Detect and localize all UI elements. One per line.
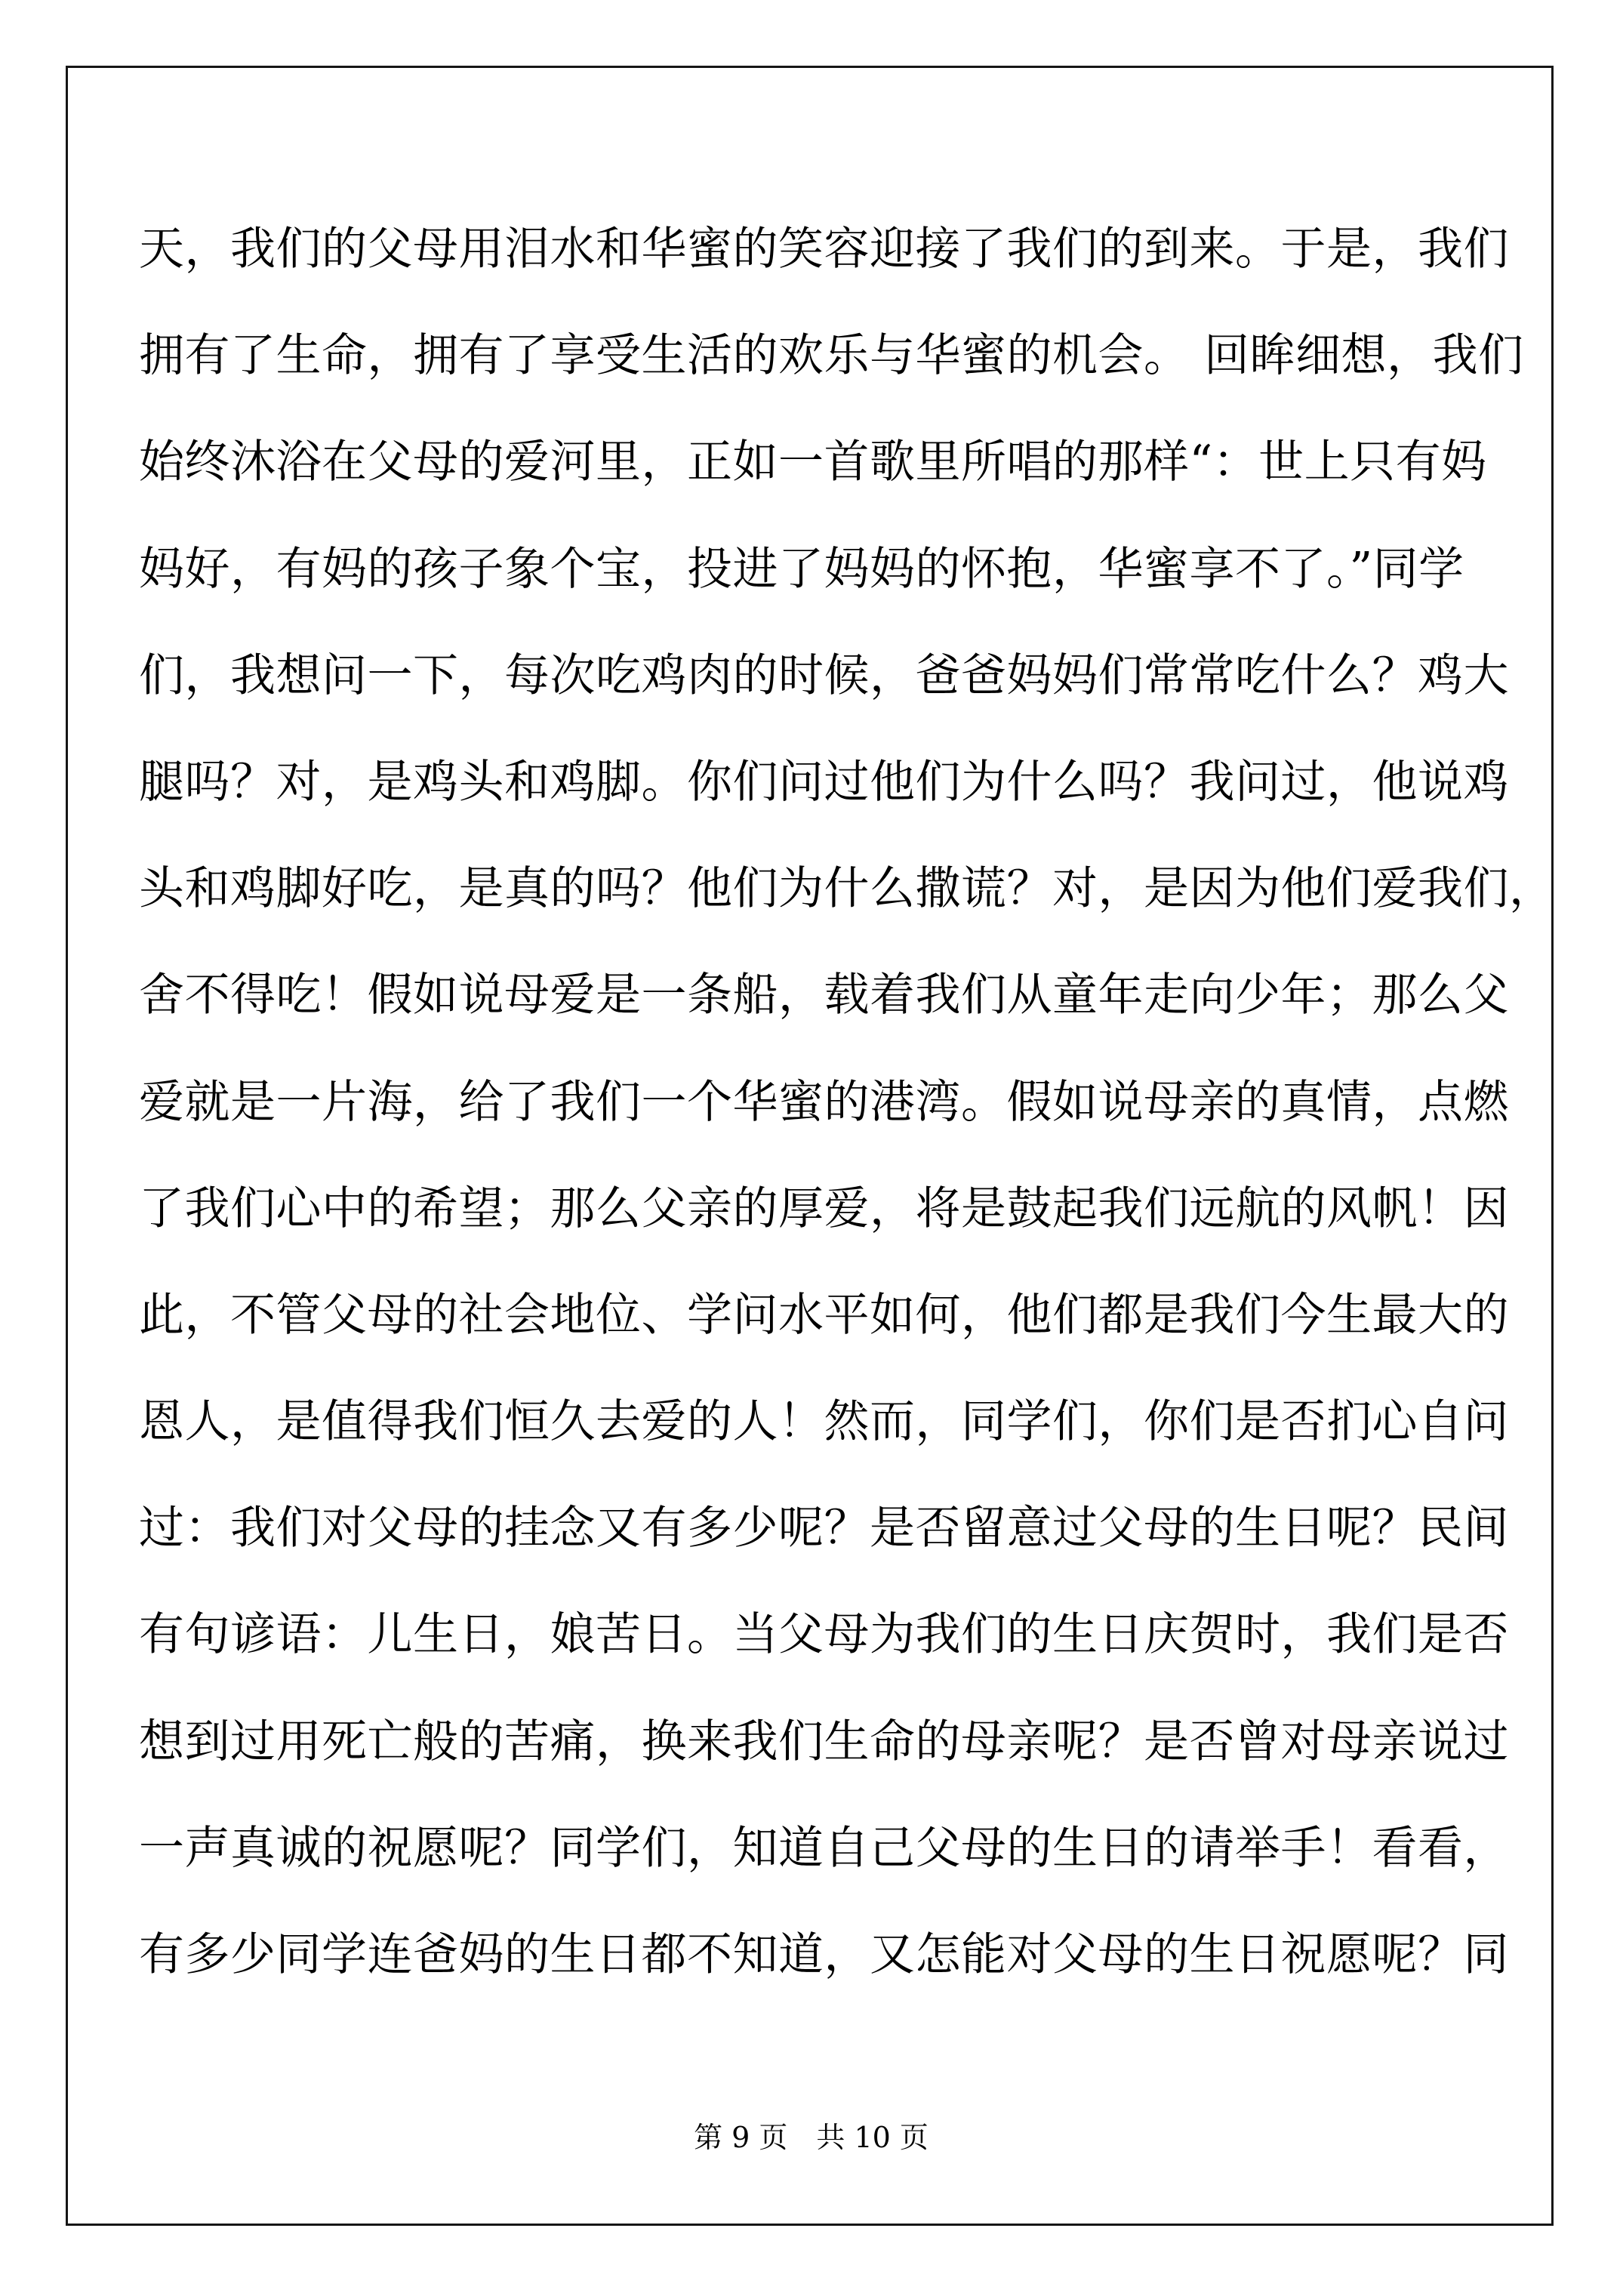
document-line: 舍不得吃！假如说母爱是一条船，载着我们从童年走向少年；那么父 <box>139 942 1558 1049</box>
document-line: 头和鸡脚好吃，是真的吗？他们为什么撒谎？对，是因为他们爱我们， <box>139 836 1558 942</box>
document-line: 始终沐浴在父母的爱河里，正如一首歌里所唱的那样“：世上只有妈 <box>139 409 1558 516</box>
document-line: 妈好，有妈的孩子象个宝，投进了妈妈的怀抱，华蜜享不了。”同学 <box>139 516 1558 623</box>
document-line: 爱就是一片海，给了我们一个华蜜的港湾。假如说母亲的真情，点燃 <box>139 1049 1558 1156</box>
document-line: 了我们心中的希望；那么父亲的厚爱，将是鼓起我们远航的风帆！因 <box>139 1156 1558 1262</box>
document-line: 一声真诚的祝愿呢？同学们，知道自己父母的生日的请举手！看看， <box>139 1795 1558 1902</box>
document-line: 天，我们的父母用泪水和华蜜的笑容迎接了我们的到来。于是，我们 <box>139 196 1558 303</box>
document-line: 腿吗？对，是鸡头和鸡脚。你们问过他们为什么吗？我问过，他说鸡 <box>139 729 1558 836</box>
document-line: 拥有了生命，拥有了享受生活的欢乐与华蜜的机会。 回眸细想，我们 <box>139 303 1558 409</box>
document-line: 过：我们对父母的挂念又有多少呢？是否留意过父母的生日呢？民间 <box>139 1475 1558 1582</box>
document-line: 恩人，是值得我们恒久去爱的人！然而，同学们，你们是否扪心自问 <box>139 1369 1558 1475</box>
document-line: 有句谚语：儿生日，娘苦日。当父母为我们的生日庆贺时，我们是否 <box>139 1582 1558 1688</box>
document-line: 想到过用死亡般的苦痛，换来我们生命的母亲呢？是否曾对母亲说过 <box>139 1689 1558 1795</box>
document-line: 们，我想问一下，每次吃鸡肉的时候，爸爸妈妈们常常吃什么？鸡大 <box>139 623 1558 729</box>
page-footer: 第 9 页共 10 页 <box>66 2119 1557 2156</box>
footer-page-indicator: 第 9 页 <box>694 2121 787 2154</box>
document-line: 有多少同学连爸妈的生日都不知道，又怎能对父母的生日祝愿呢？同 <box>139 1902 1558 2008</box>
document-body-text: 天，我们的父母用泪水和华蜜的笑容迎接了我们的到来。于是，我们拥有了生命，拥有了享… <box>139 196 1558 2008</box>
document-line: 此，不管父母的社会地位、学问水平如何，他们都是我们今生最大的 <box>139 1262 1558 1369</box>
footer-total-pages: 共 10 页 <box>816 2121 929 2154</box>
